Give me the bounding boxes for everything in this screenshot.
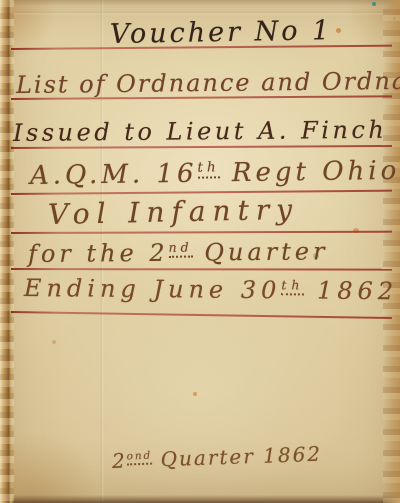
- ending-text-start: Ending June 30: [24, 274, 282, 304]
- ending-text-end: 1862: [304, 276, 398, 305]
- regiment-ordinal-suffix: th: [197, 160, 219, 179]
- footer-text-start: 2: [112, 448, 128, 472]
- quarter-text-start: for the 2: [28, 239, 169, 268]
- paper-teal-speck: [372, 2, 376, 6]
- footer-ordinal-suffix: ond: [126, 450, 152, 466]
- paper-stain-speck: [336, 28, 341, 33]
- voucher-document-page: Voucher No 1 List of Ordnance and Ordnan…: [0, 0, 400, 503]
- paper-torn-left-edge: [0, 0, 14, 503]
- handwriting-ending-date-line: Ending June 30th 1862: [24, 274, 398, 305]
- handwriting-regiment-line: A.Q.M. 16th Regt Ohio: [30, 156, 400, 191]
- ruled-line-5: [11, 231, 392, 234]
- paper-stain-speck: [52, 340, 56, 344]
- handwriting-quarter-line: for the 2nd Quarter: [28, 237, 329, 268]
- regiment-text-end: Regt Ohio: [219, 156, 400, 189]
- paper-bottom-edge: [0, 495, 400, 503]
- paper-horizontal-crease: [0, 11, 400, 15]
- handwriting-issued-line: Issued to Lieut A. Finch: [13, 116, 388, 147]
- handwriting-list-line: List of Ordnance and Ordnance: [16, 66, 400, 99]
- ruled-line-6: [11, 268, 392, 271]
- paper-top-edge: [0, 0, 400, 6]
- footer-text-end: Quarter 1862: [152, 442, 323, 472]
- handwriting-voucher-title: Voucher No 1: [110, 15, 333, 50]
- regiment-text-start: A.Q.M. 16: [30, 159, 198, 191]
- paper-stain-speck: [193, 392, 197, 396]
- quarter-ordinal-suffix: nd: [169, 240, 193, 258]
- handwriting-vol-infantry-line: Vol Infantry: [48, 193, 300, 231]
- ending-ordinal-suffix: th: [281, 277, 304, 295]
- ruled-line-7: [11, 311, 392, 319]
- quarter-text-end: Quarter: [193, 237, 329, 266]
- handwriting-footer-quarter-note: 2ond Quarter 1862: [112, 442, 323, 473]
